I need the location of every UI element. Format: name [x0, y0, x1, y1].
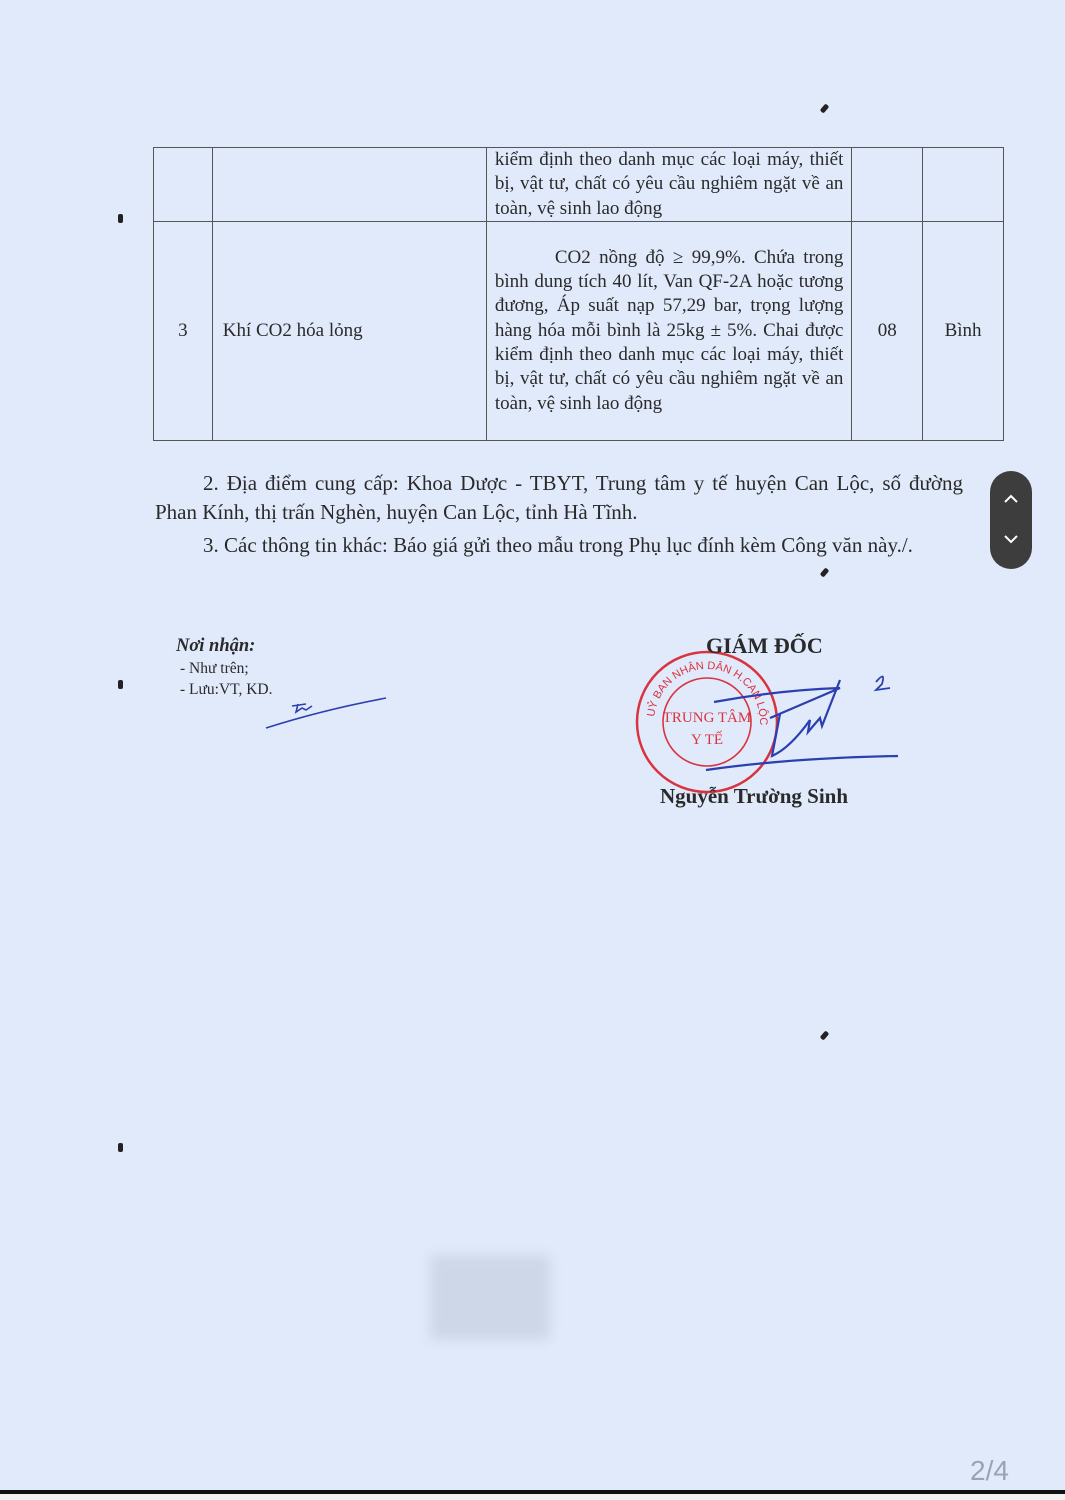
document-page: kiểm định theo danh mục các loại máy, th… [0, 0, 1065, 1490]
scan-speck [118, 1143, 123, 1152]
cell-name: Khí CO2 hóa lỏng [212, 221, 486, 440]
previous-page-button[interactable] [990, 479, 1032, 519]
paragraph-other-info: 3. Các thông tin khác: Báo giá gửi theo … [155, 531, 963, 560]
cell-name [212, 148, 486, 222]
initials-signature [262, 692, 392, 732]
recipients-title: Nơi nhận: [176, 634, 273, 658]
bottom-edge [0, 1490, 1065, 1500]
cell-no [154, 148, 213, 222]
page-indicator: 2/4 [970, 1455, 1009, 1487]
next-page-button[interactable] [990, 519, 1032, 559]
cell-unit [923, 148, 1004, 222]
paragraph-delivery-location: 2. Địa điểm cung cấp: Khoa Dược - TBYT, … [155, 469, 963, 527]
scan-speck [118, 214, 123, 223]
recipients-block: Nơi nhận: - Như trên; - Lưu:VT, KD. [176, 634, 273, 700]
cell-unit: Bình [923, 221, 1004, 440]
scan-speck [820, 103, 830, 113]
cell-no: 3 [154, 221, 213, 440]
recipient-item: - Như trên; [180, 658, 273, 679]
description-text: CO2 nồng độ ≥ 99,9%. Chứa trong bình dun… [495, 247, 844, 414]
signer-name: Nguyễn Trường Sinh [660, 784, 848, 809]
cell-quantity: 08 [852, 221, 923, 440]
cell-description: CO2 nồng độ ≥ 99,9%. Chứa trong bình dun… [486, 221, 852, 440]
scan-speck [118, 680, 123, 689]
scan-smudge [430, 1255, 550, 1340]
director-signature [700, 660, 910, 775]
chevron-up-icon [1003, 494, 1019, 504]
signer-position: GIÁM ĐỐC [706, 633, 823, 659]
scan-speck [820, 1030, 830, 1040]
page-navigation [990, 471, 1032, 569]
cell-description: kiểm định theo danh mục các loại máy, th… [486, 148, 852, 222]
items-table: kiểm định theo danh mục các loại máy, th… [153, 147, 1004, 441]
chevron-down-icon [1003, 534, 1019, 544]
table-row: 3 Khí CO2 hóa lỏng CO2 nồng độ ≥ 99,9%. … [154, 221, 1004, 440]
recipient-item: - Lưu:VT, KD. [180, 679, 273, 700]
cell-quantity [852, 148, 923, 222]
scan-speck [820, 567, 830, 577]
table-row: kiểm định theo danh mục các loại máy, th… [154, 148, 1004, 222]
